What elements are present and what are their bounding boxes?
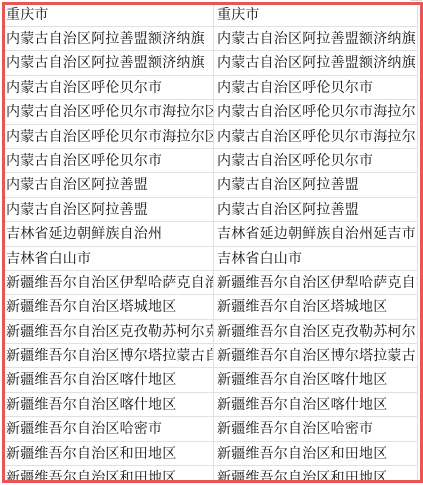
- cell-a[interactable]: 新疆维吾尔自治区哈密市: [4, 417, 214, 440]
- spreadsheet-region: 重庆市 重庆市 内蒙古自治区阿拉善盟额济纳旗 内蒙古自治区阿拉善盟额济纳旗 内蒙…: [4, 4, 418, 480]
- cell-b[interactable]: 新疆维吾尔自治区和田地区: [214, 442, 418, 465]
- cell-a[interactable]: 新疆维吾尔自治区喀什地区: [4, 368, 214, 391]
- cell-b[interactable]: 内蒙古自治区呼伦贝尔市海拉尔区: [214, 100, 418, 123]
- table-row: 内蒙古自治区呼伦贝尔市海拉尔区 内蒙古自治区呼伦贝尔市海拉尔区: [4, 100, 418, 124]
- cell-a[interactable]: 内蒙古自治区阿拉善盟额济纳旗: [4, 27, 214, 50]
- cell-border-fragment: [410, 0, 422, 1]
- cell-a[interactable]: 新疆维吾尔自治区伊犁哈萨克自治州: [4, 271, 214, 294]
- table-row: 吉林省白山市 吉林省白山市: [4, 247, 418, 271]
- cell-a[interactable]: 吉林省白山市: [4, 247, 214, 270]
- cell-b[interactable]: 新疆维吾尔自治区和田地区: [214, 466, 418, 480]
- cell-a[interactable]: 新疆维吾尔自治区塔城地区: [4, 295, 214, 318]
- cell-a[interactable]: 新疆维吾尔自治区博尔塔拉蒙古自治: [4, 344, 214, 367]
- cell-b[interactable]: 内蒙古自治区阿拉善盟: [214, 198, 418, 221]
- cell-a[interactable]: 内蒙古自治区阿拉善盟: [4, 173, 214, 196]
- cell-b[interactable]: 新疆维吾尔自治区塔城地区: [214, 295, 418, 318]
- cell-b[interactable]: 新疆维吾尔自治区哈密市: [214, 417, 418, 440]
- cell-b[interactable]: 内蒙古自治区阿拉善盟额济纳旗: [214, 27, 418, 50]
- cell-a[interactable]: 内蒙古自治区呼伦贝尔市: [4, 149, 214, 172]
- table-row: 新疆维吾尔自治区克孜勒苏柯尔克孜 新疆维吾尔自治区克孜勒苏柯尔克孜: [4, 320, 418, 344]
- cell-b[interactable]: 重庆市: [214, 4, 418, 26]
- table-row: 新疆维吾尔自治区喀什地区 新疆维吾尔自治区喀什地区: [4, 393, 418, 417]
- table-row: 新疆维吾尔自治区伊犁哈萨克自治州 新疆维吾尔自治区伊犁哈萨克自治州: [4, 271, 418, 295]
- cell-a[interactable]: 内蒙古自治区呼伦贝尔市海拉尔区: [4, 100, 214, 123]
- table-row: 新疆维吾尔自治区和田地区 新疆维吾尔自治区和田地区: [4, 466, 418, 480]
- table-row: 新疆维吾尔自治区塔城地区 新疆维吾尔自治区塔城地区: [4, 295, 418, 319]
- cell-a[interactable]: 新疆维吾尔自治区和田地区: [4, 442, 214, 465]
- cell-b[interactable]: 内蒙古自治区呼伦贝尔市海拉尔区: [214, 125, 418, 148]
- cell-a[interactable]: 吉林省延边朝鲜族自治州: [4, 222, 214, 245]
- table-row: 重庆市 重庆市: [4, 4, 418, 27]
- cell-grid: 重庆市 重庆市 内蒙古自治区阿拉善盟额济纳旗 内蒙古自治区阿拉善盟额济纳旗 内蒙…: [4, 4, 418, 480]
- table-row: 内蒙古自治区阿拉善盟额济纳旗 内蒙古自治区阿拉善盟额济纳旗: [4, 27, 418, 51]
- cell-a[interactable]: 新疆维吾尔自治区和田地区: [4, 466, 214, 480]
- table-row: 内蒙古自治区呼伦贝尔市 内蒙古自治区呼伦贝尔市: [4, 76, 418, 100]
- table-row: 内蒙古自治区阿拉善盟 内蒙古自治区阿拉善盟: [4, 198, 418, 222]
- cell-b[interactable]: 新疆维吾尔自治区博尔塔拉蒙古自治: [214, 344, 418, 367]
- cell-b[interactable]: 新疆维吾尔自治区伊犁哈萨克自治州: [214, 271, 418, 294]
- table-row: 新疆维吾尔自治区喀什地区 新疆维吾尔自治区喀什地区: [4, 368, 418, 392]
- cell-b[interactable]: 内蒙古自治区呼伦贝尔市: [214, 76, 418, 99]
- cell-a[interactable]: 新疆维吾尔自治区喀什地区: [4, 393, 214, 416]
- cell-a[interactable]: 重庆市: [4, 4, 214, 26]
- cell-b[interactable]: 新疆维吾尔自治区喀什地区: [214, 368, 418, 391]
- table-row: 内蒙古自治区呼伦贝尔市海拉尔区 内蒙古自治区呼伦贝尔市海拉尔区: [4, 125, 418, 149]
- cell-b[interactable]: 内蒙古自治区阿拉善盟额济纳旗: [214, 51, 418, 74]
- table-row: 新疆维吾尔自治区博尔塔拉蒙古自治 新疆维吾尔自治区博尔塔拉蒙古自治: [4, 344, 418, 368]
- cell-b[interactable]: 内蒙古自治区阿拉善盟: [214, 173, 418, 196]
- table-row: 吉林省延边朝鲜族自治州 吉林省延边朝鲜族自治州延吉市: [4, 222, 418, 246]
- table-row: 新疆维吾尔自治区哈密市 新疆维吾尔自治区哈密市: [4, 417, 418, 441]
- cell-b[interactable]: 吉林省白山市: [214, 247, 418, 270]
- cell-a[interactable]: 新疆维吾尔自治区克孜勒苏柯尔克孜: [4, 320, 214, 343]
- cell-b[interactable]: 新疆维吾尔自治区克孜勒苏柯尔克孜: [214, 320, 418, 343]
- cell-a[interactable]: 内蒙古自治区呼伦贝尔市海拉尔区: [4, 125, 214, 148]
- cell-b[interactable]: 新疆维吾尔自治区喀什地区: [214, 393, 418, 416]
- table-row: 内蒙古自治区呼伦贝尔市 内蒙古自治区呼伦贝尔市: [4, 149, 418, 173]
- cell-a[interactable]: 内蒙古自治区阿拉善盟额济纳旗: [4, 51, 214, 74]
- table-row: 内蒙古自治区阿拉善盟 内蒙古自治区阿拉善盟: [4, 173, 418, 197]
- table-row: 内蒙古自治区阿拉善盟额济纳旗 内蒙古自治区阿拉善盟额济纳旗: [4, 51, 418, 75]
- cell-b[interactable]: 吉林省延边朝鲜族自治州延吉市: [214, 222, 418, 245]
- table-row: 新疆维吾尔自治区和田地区 新疆维吾尔自治区和田地区: [4, 442, 418, 466]
- cell-a[interactable]: 内蒙古自治区阿拉善盟: [4, 198, 214, 221]
- cell-a[interactable]: 内蒙古自治区呼伦贝尔市: [4, 76, 214, 99]
- cell-b[interactable]: 内蒙古自治区呼伦贝尔市: [214, 149, 418, 172]
